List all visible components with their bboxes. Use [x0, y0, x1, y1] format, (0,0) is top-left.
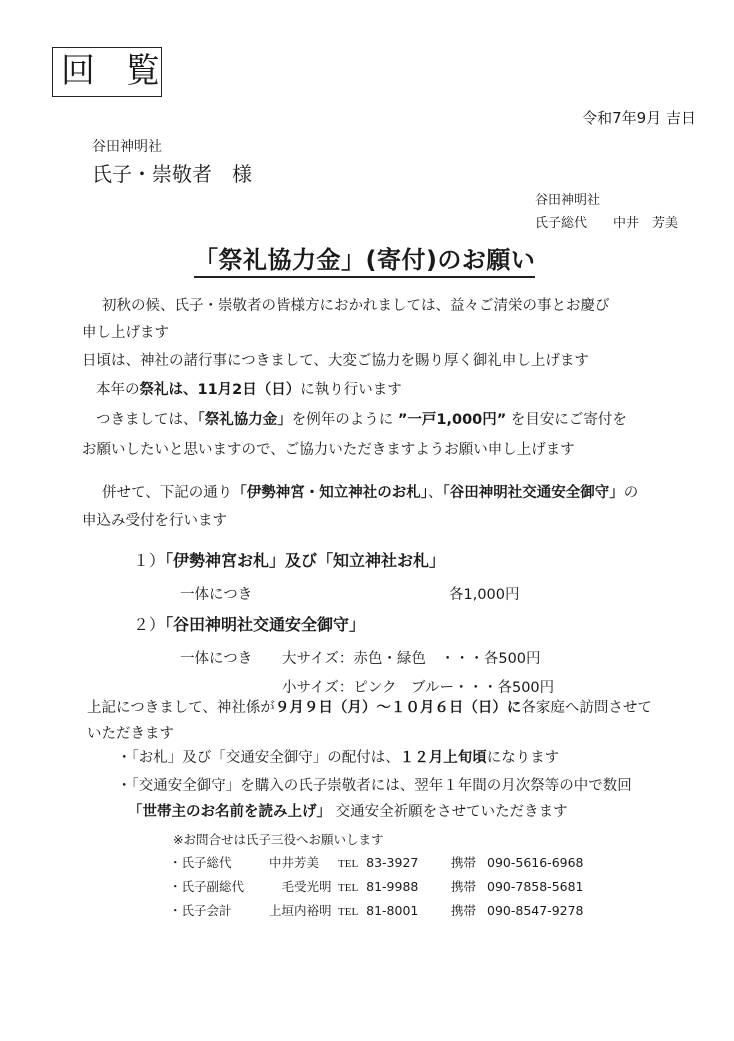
mobile-number: 090-5616-6968: [487, 854, 584, 872]
body-line-request: お願いしたいと思いますので、ご協力いただきますようお願い申し上げます: [82, 440, 575, 460]
contact-name: 上垣内裕明: [269, 902, 332, 920]
body-line-greeting: 初秋の候、氏子・崇敬者の皆様方におかれましては、益々ご清栄の事とお慶び: [102, 296, 610, 316]
contact-tel: TEL 83-3927: [338, 854, 418, 873]
tel-number: 83-3927: [366, 855, 418, 870]
mobile-number: 090-7858-5681: [487, 878, 584, 896]
note-prayer: ・「交通安全御守」を購入の氏子崇敬者には、翌年１年間の月次祭等の中で数回: [117, 776, 632, 796]
tel-number: 81-9988: [366, 879, 418, 894]
text: 上記につきまして、神社係が: [87, 700, 275, 716]
ofuda-label: 「伊勢神宮・知立神社のお札」: [232, 485, 428, 501]
addressee-organization: 谷田神明社: [92, 136, 162, 156]
item-2-large-size: 大サイズ：赤色・緑色 ・・・各500円: [282, 647, 541, 668]
donation-name: 「祭礼協力金」: [198, 412, 292, 428]
contact-role: ・氏子総代: [169, 854, 232, 872]
item-title: 「伊勢神宮お札」及び「知立神社お札」: [165, 551, 445, 570]
body-line-donation: つきましては、「祭礼協力金」を例年のように ”一戸1,000円” を目安にご寄付…: [96, 410, 627, 430]
body-line-festival-date: 本年の祭礼は、11月2日（日）に執り行います: [96, 380, 402, 400]
text: になります: [487, 750, 560, 766]
contact-role: ・氏子会計: [169, 902, 232, 920]
mobile-label: 携帯: [451, 878, 476, 896]
text: 各家庭へ訪問させて: [521, 700, 652, 716]
kairan-stamp: 回 覧: [52, 47, 162, 97]
note-distribution: ・「お札」及び「交通安全御守」の配付は、１２月上旬頃になります: [117, 748, 559, 768]
sender-name: 氏子総代 中井 芳美: [535, 212, 678, 231]
item-number: ２）: [133, 615, 165, 634]
item-2-unit: 一体につき: [180, 647, 252, 668]
contact-role: ・氏子副総代: [169, 878, 244, 896]
addressee-name: 氏子・崇敬者 様: [92, 158, 252, 187]
name-reading: 「世帯主のお名前を読み上げ」: [128, 804, 331, 820]
tel-label: TEL: [338, 906, 358, 918]
visit-schedule-cont: いただきます: [87, 724, 174, 744]
item-1-heading: １）「伊勢神宮お札」及び「知立神社お札」: [133, 550, 445, 572]
body-line-applications-cont: 申込み受付を行います: [82, 511, 227, 531]
contact-name: 毛受光明: [269, 878, 332, 896]
contact-tel: TEL 81-8001: [338, 902, 418, 921]
contact-note: ※お問合せは氏子三役へお願いします: [173, 830, 383, 848]
omamori-label: 「谷田神明社交通安全御守」: [442, 485, 623, 501]
tel-number: 81-8001: [366, 903, 418, 918]
donation-amount: ”一戸1,000円”: [398, 412, 506, 428]
sender-organization: 谷田神明社: [535, 189, 600, 208]
mobile-label: 携帯: [451, 902, 476, 920]
text: 併せて、下記の通り: [102, 485, 232, 501]
body-line-thanks: 日頃は、神社の諸行事につきまして、大変ご協力を賜り厚く御礼申し上げます: [82, 351, 589, 371]
text: ・「お札」及び「交通安全御守」の配付は、: [117, 750, 400, 766]
text: 、: [428, 485, 443, 501]
item-2-small-size: 小サイズ：ピンク ブルー・・・各500円: [282, 676, 554, 697]
visit-schedule: 上記につきまして、神社係が９月９日（月）～１０月６日（日）に各家庭へ訪問させて: [87, 698, 652, 718]
document-date: 令和7年9月 吉日: [582, 107, 696, 128]
tel-label: TEL: [338, 882, 358, 894]
distribution-date: １２月上旬頃: [400, 750, 487, 766]
item-title: 「谷田神明社交通安全御守」: [165, 615, 365, 634]
text: 本年の: [96, 382, 140, 398]
contact-tel: TEL 81-9988: [338, 878, 418, 897]
visit-period: ９月９日（月）～１０月６日（日）に: [275, 700, 522, 716]
contact-name: 中井芳美: [269, 854, 319, 872]
body-line-applications: 併せて、下記の通り「伊勢神宮・知立神社のお札」、「谷田神明社交通安全御守」の: [102, 483, 638, 503]
item-number: １）: [133, 551, 165, 570]
text: に執り行います: [300, 382, 402, 398]
mobile-label: 携帯: [451, 854, 476, 872]
mobile-number: 090-8547-9278: [487, 902, 584, 920]
note-prayer-cont: 「世帯主のお名前を読み上げ」 交通安全祈願をさせていただきます: [128, 802, 568, 822]
text: を目安にご寄付を: [506, 412, 627, 428]
document-title: 「祭礼協力金」(寄付)のお願い: [194, 244, 535, 278]
tel-label: TEL: [338, 858, 358, 870]
item-1-price: 各1,000円: [449, 583, 520, 604]
text: の: [624, 485, 639, 501]
item-1-unit: 一体につき: [180, 583, 252, 604]
text: 交通安全祈願をさせていただきます: [331, 804, 568, 820]
text: を例年のように: [292, 412, 398, 428]
item-2-heading: ２）「谷田神明社交通安全御守」: [133, 614, 365, 636]
festival-date: 祭礼は、11月2日（日）: [140, 382, 301, 398]
body-line-greeting-cont: 申し上げます: [82, 323, 169, 343]
text: つきましては、: [96, 412, 198, 428]
